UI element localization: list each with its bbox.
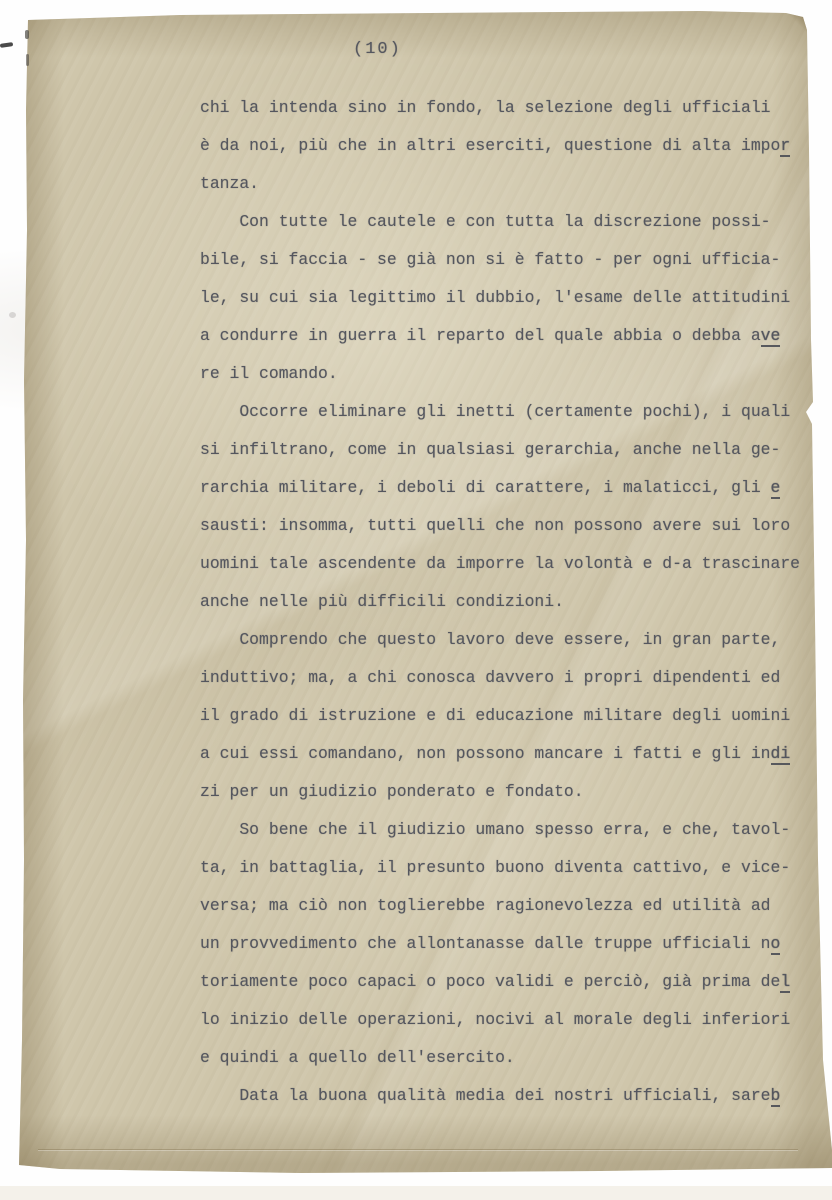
document-line: Data la buona qualità media dei nostri u… xyxy=(200,1077,820,1115)
underlined-text: l xyxy=(780,972,790,993)
document-line: lo inizio delle operazioni, nocivi al mo… xyxy=(200,1001,820,1039)
paragraph: Occorre eliminare gli inetti (certamente… xyxy=(200,393,820,621)
document-line: rarchia militare, i deboli di carattere,… xyxy=(200,469,820,507)
document-line: il grado di istruzione e di educazione m… xyxy=(200,697,820,735)
document-line: a cui essi comandano, non possono mancar… xyxy=(200,735,820,773)
paragraph: Comprendo che questo lavoro deve essere,… xyxy=(200,621,820,811)
paper-corner-fold xyxy=(778,10,812,36)
underlined-text: ve xyxy=(761,326,781,347)
paper-speck xyxy=(26,54,29,66)
document-line: ta, in battaglia, il presunto buono dive… xyxy=(200,849,820,887)
scan-background: (10) chi la intenda sino in fondo, la se… xyxy=(0,0,832,1200)
paper-crease xyxy=(38,1149,798,1150)
document-line: Comprendo che questo lavoro deve essere,… xyxy=(200,621,820,659)
document-line: toriamente poco capaci o poco validi e p… xyxy=(200,963,820,1001)
underlined-text: b xyxy=(771,1086,781,1107)
document-line: un provvedimento che allontanasse dalle … xyxy=(200,925,820,963)
document-line: Occorre eliminare gli inetti (certamente… xyxy=(200,393,820,431)
document-line: induttivo; ma, a chi conosca davvero i p… xyxy=(200,659,820,697)
document-line: So bene che il giudizio umano spesso err… xyxy=(200,811,820,849)
scan-shadow-band xyxy=(0,1186,832,1200)
document-line: tanza. xyxy=(200,165,820,203)
underlined-text: r xyxy=(780,136,790,157)
document-line: anche nelle più difficili condizioni. xyxy=(200,583,820,621)
paragraph: Data la buona qualità media dei nostri u… xyxy=(200,1077,820,1115)
paper-speck xyxy=(25,30,29,39)
document-line: è da noi, più che in altri eserciti, que… xyxy=(200,127,820,165)
paper-sheet: (10) chi la intenda sino in fondo, la se… xyxy=(0,0,832,1200)
document-line: e quindi a quello dell'esercito. xyxy=(200,1039,820,1077)
page-number: (10) xyxy=(353,40,402,59)
underlined-text: e xyxy=(771,478,781,499)
document-line: Con tutte le cautele e con tutta la disc… xyxy=(200,203,820,241)
text-block: chi la intenda sino in fondo, la selezio… xyxy=(200,89,820,1115)
document-line: zi per un giudizio ponderato e fondato. xyxy=(200,773,820,811)
paragraph: chi la intenda sino in fondo, la selezio… xyxy=(200,89,820,203)
underlined-text: o xyxy=(771,934,781,955)
document-line: le, su cui sia legittimo il dubbio, l'es… xyxy=(200,279,820,317)
paragraph: Con tutte le cautele e con tutta la disc… xyxy=(200,203,820,393)
document-line: chi la intenda sino in fondo, la selezio… xyxy=(200,89,820,127)
document-line: versa; ma ciò non toglierebbe ragionevol… xyxy=(200,887,820,925)
document-line: bile, si faccia - se già non si è fatto … xyxy=(200,241,820,279)
underlined-text: di xyxy=(771,744,791,765)
paragraph: So bene che il giudizio umano spesso err… xyxy=(200,811,820,1077)
paper-speck xyxy=(0,42,13,48)
document-line: si infiltrano, come in qualsiasi gerarch… xyxy=(200,431,820,469)
document-line: sausti: insomma, tutti quelli che non po… xyxy=(200,507,820,545)
document-line: re il comando. xyxy=(200,355,820,393)
document-line: a condurre in guerra il reparto del qual… xyxy=(200,317,820,355)
document-line: uomini tale ascendente da imporre la vol… xyxy=(200,545,820,583)
paper-speck xyxy=(9,312,16,318)
